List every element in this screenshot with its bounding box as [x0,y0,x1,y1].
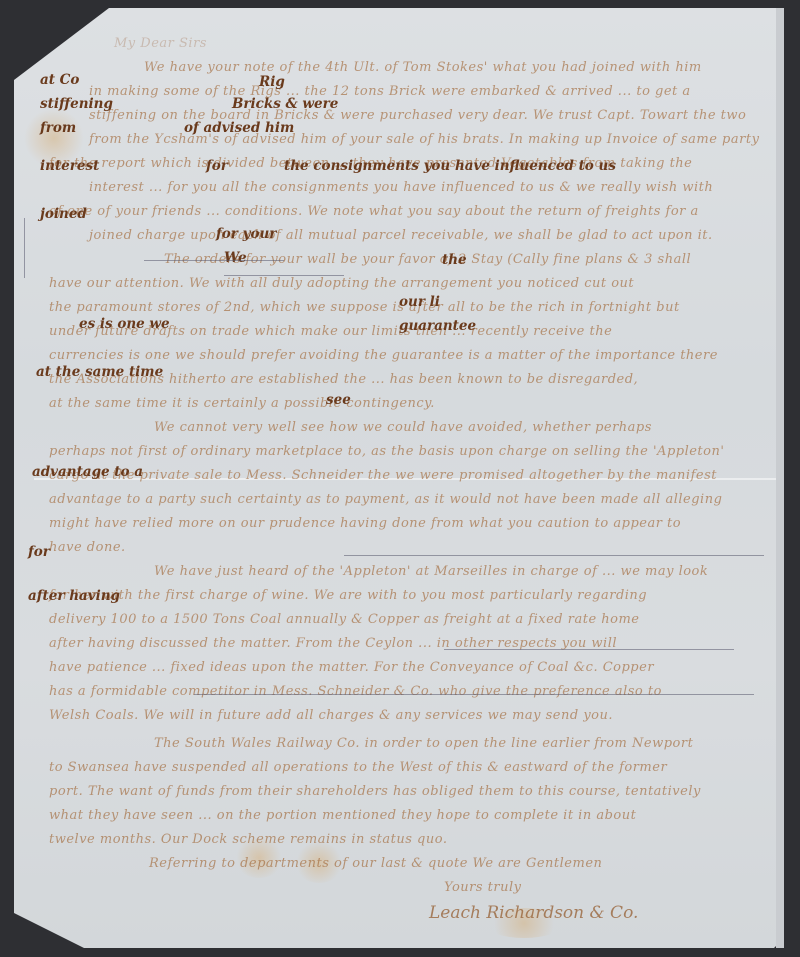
body-line: at the same time it is certainly a possi… [49,396,435,411]
pencil-underline [344,555,764,556]
annotation: the [442,252,467,268]
body-line: have our attention. We with all duly ado… [49,276,634,291]
annotation: Rig [259,74,285,90]
body-line: have patience ... fixed ideas upon the m… [49,660,654,675]
body-line: of one of your friends ... conditions. W… [49,204,699,219]
body-line: We have just heard of the 'Appleton' at … [154,564,708,579]
annotation: the consignments you have influenced to … [284,158,616,174]
annotation: of advised him [184,120,294,136]
margin-note: from [40,120,76,136]
body-line: has a formidable competitor in Mess. Sch… [49,684,662,699]
salutation: My Dear Sirs [114,36,207,51]
pencil-underline [194,694,754,695]
annotation: We [224,250,247,266]
margin-note: interest [40,158,99,174]
annotation: for your [216,226,276,242]
pencil-underline [224,275,344,276]
closing: Yours truly [444,880,521,895]
body-line: The South Wales Railway Co. in order to … [154,736,693,751]
body-line: delivery 100 to a 1500 Tons Coal annuall… [49,612,640,627]
pencil-underline [444,649,734,650]
letter-sheet: My Dear Sirs We have your note of the 4t… [14,8,784,948]
body-line: We cannot very well see how we could hav… [154,420,652,435]
annotation: Bricks & were [232,96,338,112]
body-line: Referring to departments of our last & q… [149,856,602,871]
body-line: port. The want of funds from their share… [49,784,701,799]
body-line: Welsh Coals. We will in future add all c… [49,708,613,723]
annotation: for [206,158,228,174]
annotation: advantage to a [32,464,143,480]
annotation: at the same time [36,364,163,380]
margin-note: stiffening [40,96,113,112]
body-line: cargo at the private sale to Mess. Schne… [49,468,717,483]
body-line: for her with the first charge of wine. W… [49,588,647,603]
body-line: to Swansea have suspended all operations… [49,760,667,775]
annotation: see [326,392,351,408]
body-line: We have your note of the 4th Ult. of Tom… [144,60,702,75]
annotation: our li [399,294,440,310]
annotation: guarantee [399,318,476,334]
body-line: perhaps not first of ordinary marketplac… [49,444,724,459]
body-line: joined charge upon each of all mutual pa… [89,228,713,243]
margin-note: at Co [40,72,79,88]
body-line: in making some of the Rigs ... the 12 to… [89,84,691,99]
margin-pencil-mark [24,218,25,278]
body-line: the paramount stores of 2nd, which we su… [49,300,680,315]
annotation: after having [28,588,120,604]
body-line: have done. [49,540,126,555]
body-line: what they have seen ... on the portion m… [49,808,636,823]
annotation: es is one we [79,316,170,332]
page-edge [776,8,784,948]
body-line: twelve months. Our Dock scheme remains i… [49,832,447,847]
body-line: advantage to a party such certainty as t… [49,492,722,507]
annotation: for [28,544,50,560]
margin-note: joined [40,206,87,222]
body-line: currencies is one we should prefer avoid… [49,348,718,363]
body-line: might have relied more on our prudence h… [49,516,681,531]
pencil-underline [144,260,284,261]
signature: Leach Richardson & Co. [429,903,638,923]
body-line: interest ... for you all the consignment… [89,180,713,195]
